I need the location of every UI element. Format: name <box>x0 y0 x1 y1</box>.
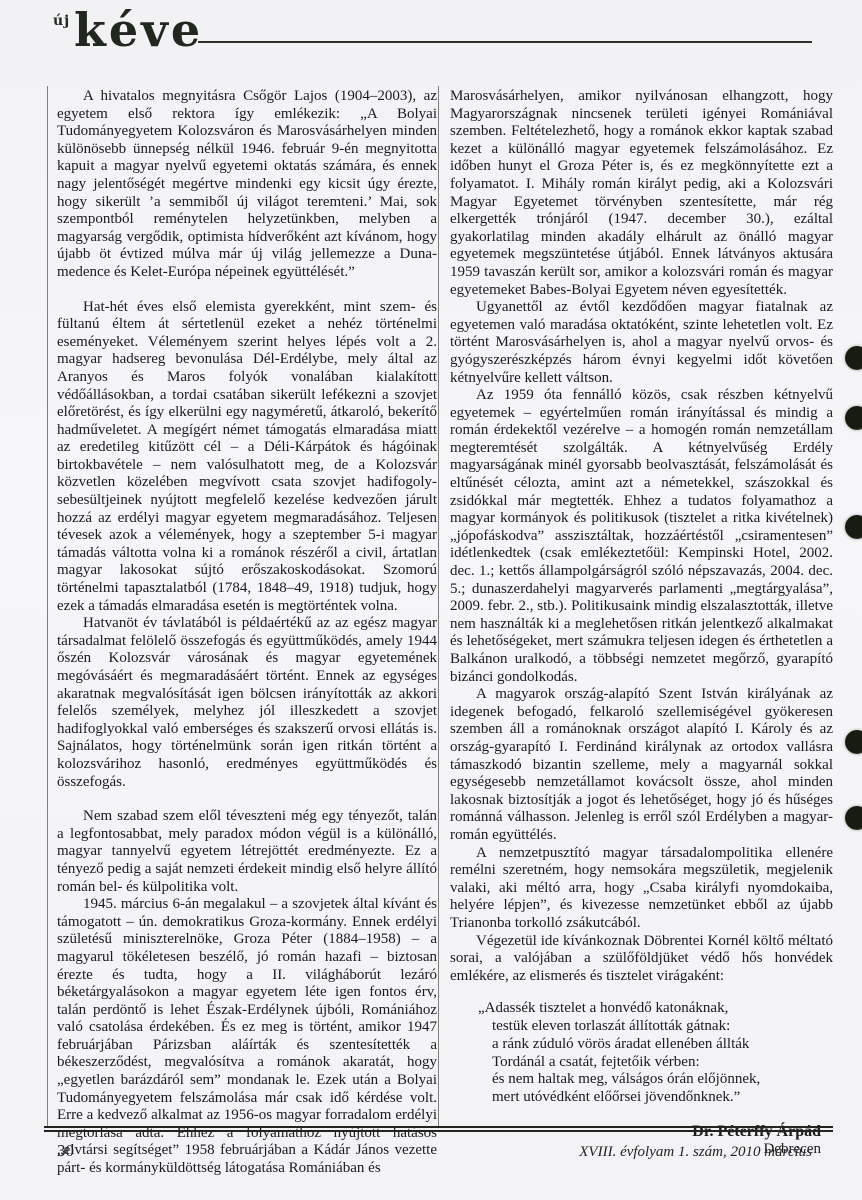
poem-line: a ránk zúduló vörös áradat ellenében áll… <box>492 1036 833 1054</box>
paragraph: A nemzetpusztító magyar társadalompoliti… <box>450 845 833 933</box>
poem-block: „Adassék tisztelet a honvédő katonáknak,… <box>450 1000 833 1107</box>
paragraph: Az 1959 óta fennálló közös, csak részben… <box>450 387 833 686</box>
scanned-journal-page: { "meta": { "paper_color": "#f4f4f6", "i… <box>0 0 862 1200</box>
binding-hole-icon <box>845 730 862 754</box>
issue-info: XVIII. évfolyam 1. szám, 2010 március <box>579 1144 812 1161</box>
binding-hole-icon <box>845 515 862 539</box>
binding-hole-icon <box>845 406 862 430</box>
masthead-rule <box>198 41 812 43</box>
paragraph: Ugyanettől az évtől kezdődően magyar fia… <box>450 299 833 387</box>
binding-hole-icon <box>845 806 862 830</box>
footer-double-rule <box>44 1126 833 1132</box>
paragraph: Nem szabad szem elől téveszteni még egy … <box>57 808 437 896</box>
article-column-2: Marosvásárhelyen, amikor nyilvánosan elh… <box>450 88 833 1158</box>
paragraph: 1945. március 6-án megalakul – a szovjet… <box>57 896 437 1178</box>
paragraph: A magyarok ország-alapító Szent István k… <box>450 686 833 844</box>
binding-hole-icon <box>845 346 862 370</box>
poem-line: mert utóvédként előőrsei jövendőnknek.” <box>492 1089 833 1107</box>
page-number: 30 <box>57 1141 74 1161</box>
logo-prefix: új <box>53 13 70 29</box>
paragraph: Hatvanöt év távlatából is példaértékű az… <box>57 615 437 791</box>
left-column-rule <box>47 86 48 1126</box>
paragraph: Végezetül ide kívánkoznak Döbrentei Korn… <box>450 933 833 986</box>
poem-line: Tordánál a csatát, fejtetőik vérben: <box>492 1054 833 1072</box>
poem-line: és nem haltak meg, válságos órán előjönn… <box>492 1071 833 1089</box>
paragraph: Marosvásárhelyen, amikor nyilvánosan elh… <box>450 88 833 299</box>
poem-line: „Adassék tisztelet a honvédő katonáknak, <box>478 1000 833 1018</box>
paragraph: Hat-hét éves első elemista gyerekként, m… <box>57 299 437 616</box>
paragraph: A hivatalos megnyitásra Csőgör Lajos (19… <box>57 88 437 282</box>
column-divider-rule <box>438 86 439 1126</box>
article-column-1: A hivatalos megnyitásra Csőgör Lajos (19… <box>57 88 437 1178</box>
masthead-logo: kéve <box>74 0 203 60</box>
poem-line: testük eleven torlaszát állították gátna… <box>492 1018 833 1036</box>
